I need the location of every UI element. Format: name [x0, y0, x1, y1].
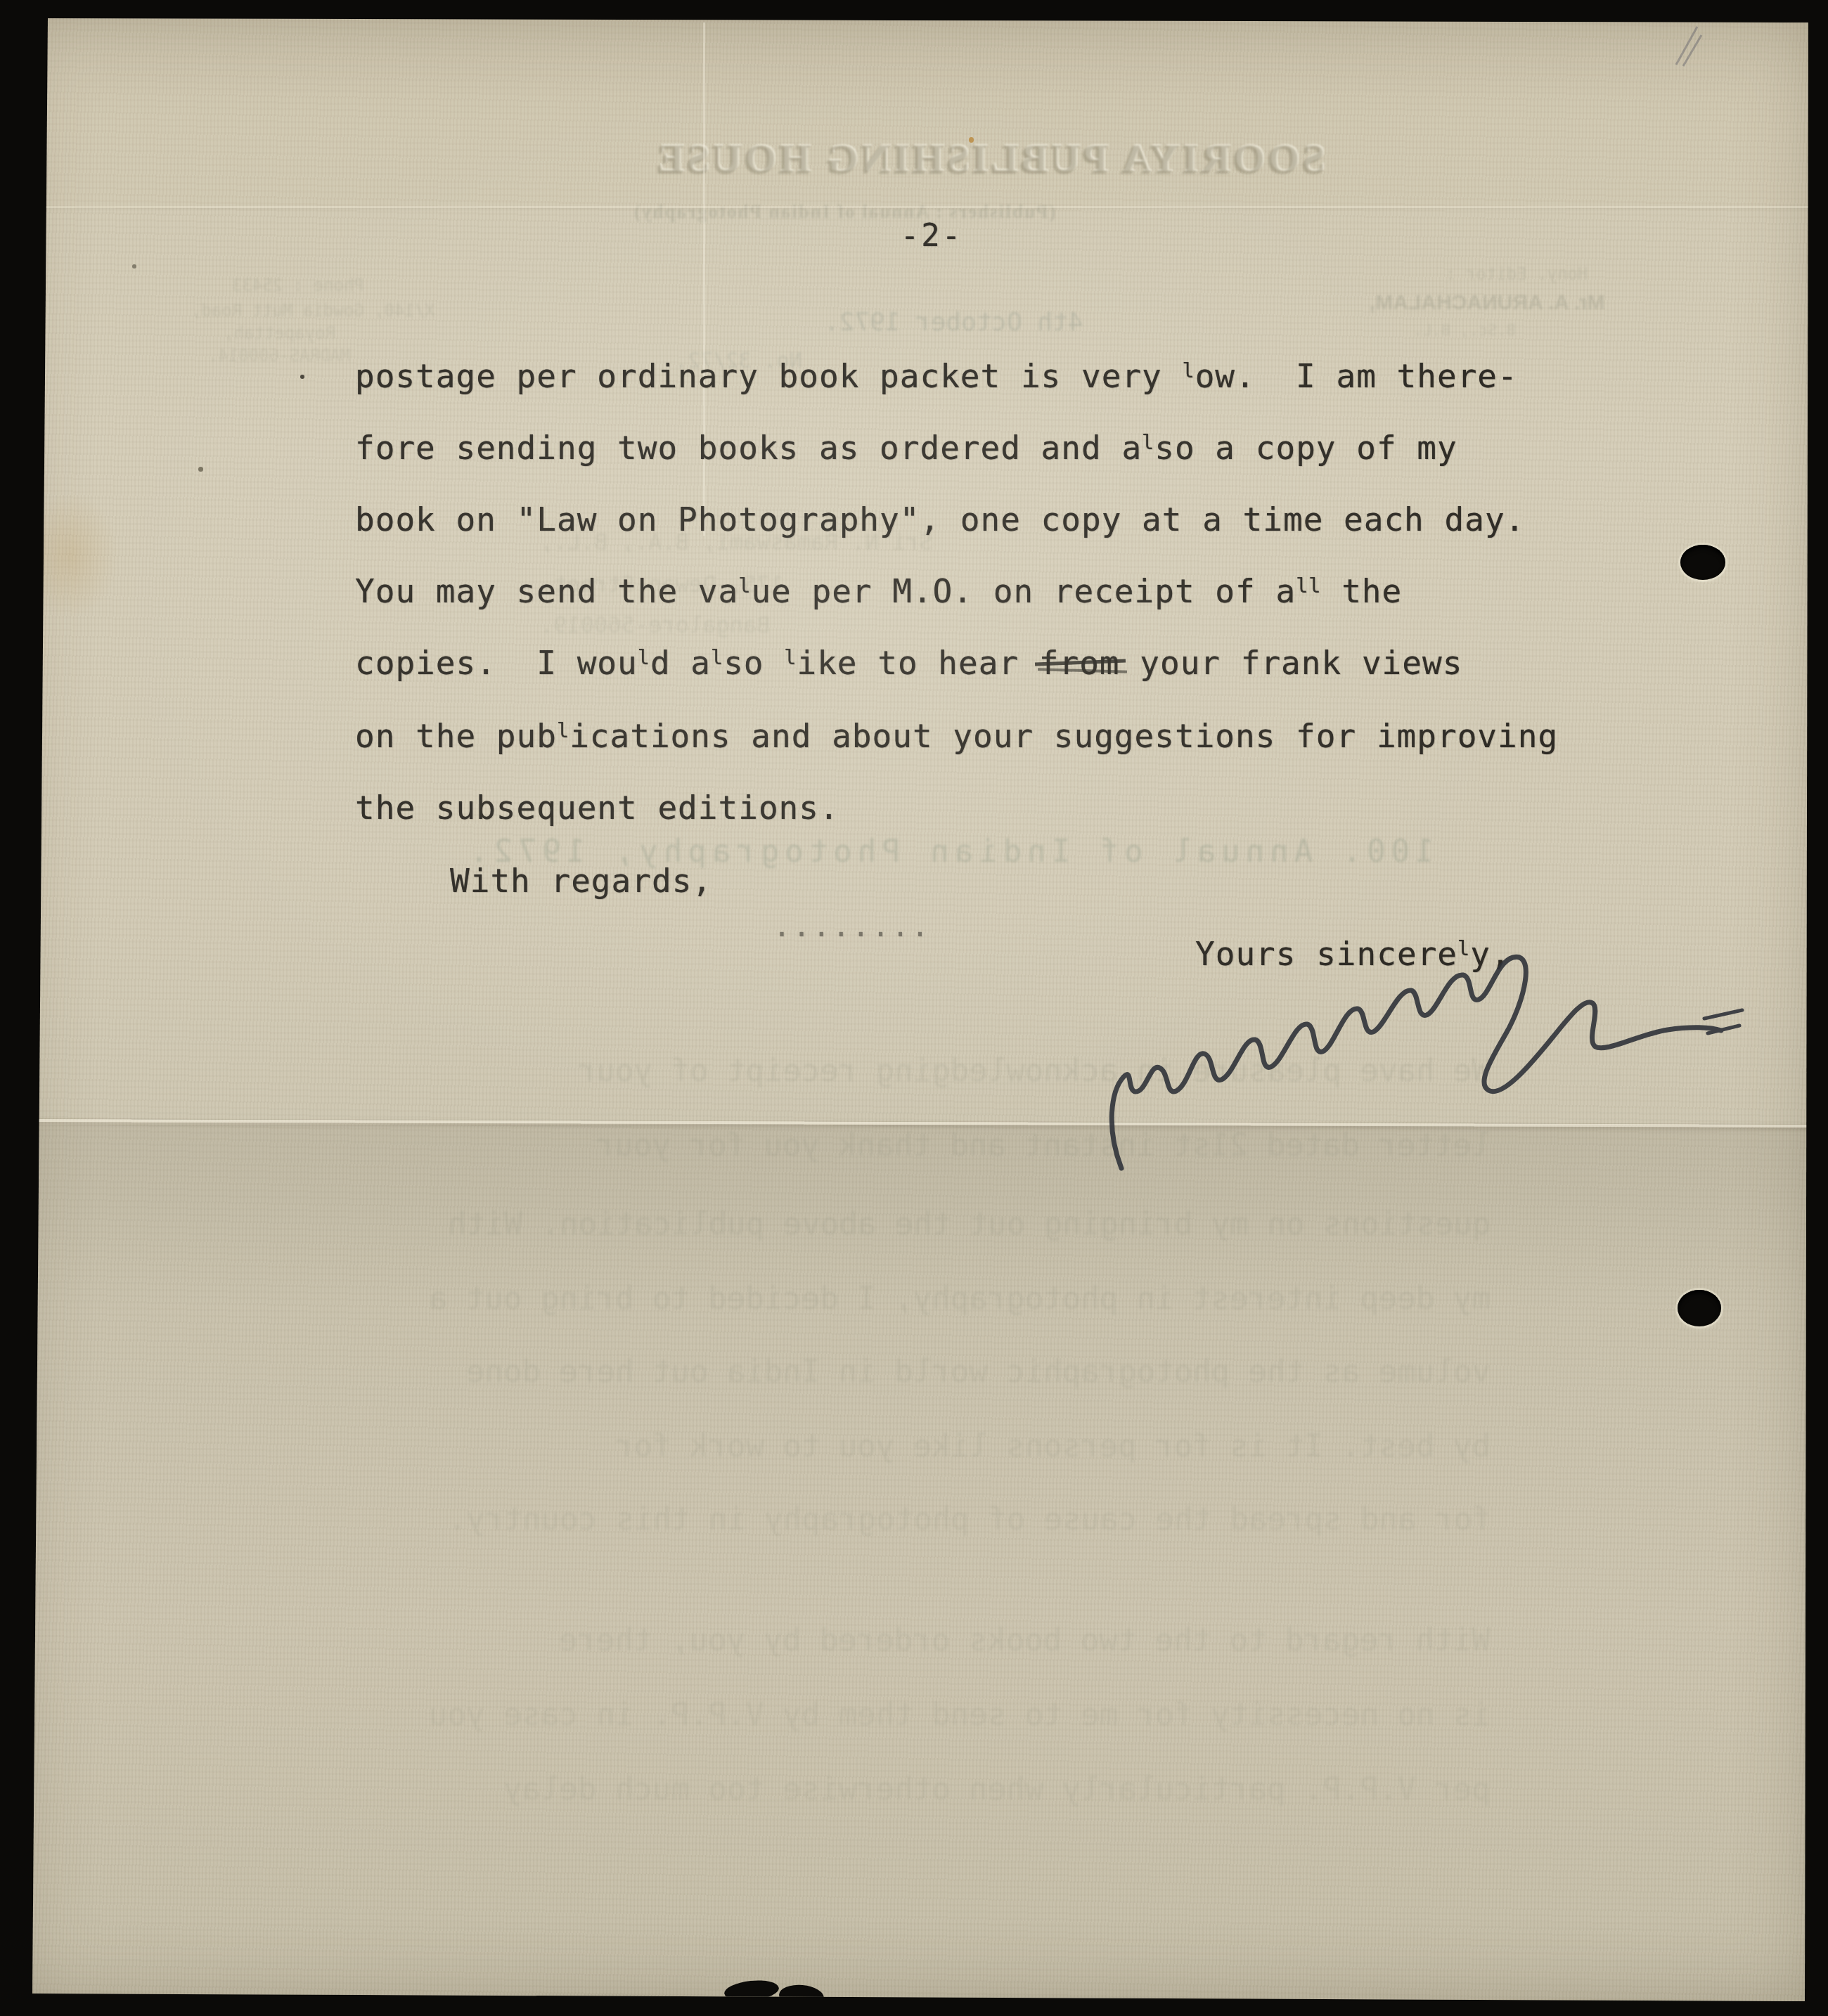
bleed-editor-label: Hony. Editor :	[1446, 264, 1588, 284]
bleed-letterhead-title: SOORIYA PUBLISHING HOUSE	[654, 135, 1325, 182]
letter-line-1: postage per ordinary book packet is very…	[355, 357, 1518, 395]
bleed-locality: Royapettah,	[224, 323, 335, 343]
bleed-date: 4th October 1972.	[824, 308, 1083, 337]
bleed-address-line: Sri N. Ramaswami, B.A., B.L.,	[540, 529, 933, 555]
bleed-paragraph-line: We have pleasure in acknowledging receip…	[578, 1053, 1491, 1089]
strikethrough-word: from	[1039, 644, 1120, 682]
ink-speck	[132, 264, 136, 269]
paper-sheet: SOORIYA PUBLISHING HOUSE (Publishers : A…	[0, 0, 1828, 2016]
bleed-paragraph-line: letter dated 21st instant and thank you …	[596, 1127, 1491, 1163]
bleed-paragraph-line: questions on my bringing out the above p…	[448, 1206, 1491, 1242]
vertical-fold-crease	[703, 22, 705, 536]
bleed-paragraph-line: my deep interest in photography, I decid…	[429, 1281, 1491, 1317]
bleed-ack-line: 100. Annual of Indian Photography, 1972.	[464, 834, 1434, 870]
pen-mark-corner	[1673, 21, 1716, 70]
letter-line-4-text: You may send the value per M.O. on recei…	[355, 572, 1402, 610]
letter-line-7: the subsequent editions.	[355, 789, 839, 827]
bleed-paragraph-line: by best. It is for persons like you to w…	[615, 1428, 1491, 1464]
letter-line-5: copies. I would also like to hear from y…	[355, 644, 1462, 682]
bleed-ref-number: No. 32/72.	[675, 349, 802, 373]
bleed-paragraph-line: per V.P.P. particularly when otherwise t…	[503, 1771, 1491, 1807]
bleed-editor-name: Mr. A. ARUNACHALAM,	[1370, 291, 1604, 315]
bleed-paragraph-line: for and spread the cause of photography …	[448, 1501, 1491, 1537]
paper-stain	[21, 492, 120, 619]
bleed-paragraph-line: volume as the photographic world in Indi…	[466, 1354, 1491, 1390]
line-5-after-strike: your frank views	[1120, 644, 1463, 682]
typed-ellipsis: ........	[773, 911, 932, 943]
letter-line-3: book on "Law on Photography", one copy a…	[355, 500, 1525, 538]
fold-crease-top	[0, 206, 1828, 208]
signature	[1083, 914, 1772, 1209]
letter-line-4: You may send the value per M.O. on recei…	[355, 572, 1402, 610]
top-shade	[0, 0, 1828, 208]
bleed-address-line: 175, Dewan Street,	[540, 571, 784, 597]
scanned-letter-page: { "meta": { "kind": "typewritten letter,…	[0, 0, 1828, 2016]
bleed-paragraph-line: With regard to the two books ordered by …	[559, 1622, 1491, 1658]
closing-regards: With regards,	[450, 862, 712, 900]
letter-line-2: fore sending two books as ordered and al…	[355, 429, 1457, 467]
rust-speck	[969, 137, 974, 143]
bleed-address-line: Bangalore-560019.	[540, 612, 771, 638]
bleed-editor-degrees: B.Sc., B.L.	[1413, 322, 1516, 340]
punch-hole-top	[1680, 545, 1725, 580]
punch-hole-bottom	[1678, 1290, 1721, 1326]
page-number: -2-	[875, 218, 988, 254]
letter-line-6: on the publications and about your sugge…	[355, 717, 1558, 755]
bleed-street: X/140, Gowdia Mutt Road,	[191, 301, 435, 321]
bleed-letterhead-subtitle: (Publishers : Annual of Indian Photograp…	[633, 201, 1055, 223]
closing-valediction: Yours sincerely,	[1195, 935, 1511, 973]
bottom-edge-notch	[778, 1983, 825, 2009]
line-5-before-strike: copies. I would also like to hear	[355, 644, 1039, 682]
lower-shade	[0, 1125, 1828, 2016]
bleed-city: MADRAS-600014.	[208, 346, 350, 366]
ink-speck	[198, 467, 203, 472]
bleed-paragraph-line: is no necessity for me to send them by V…	[429, 1697, 1491, 1733]
bottom-edge-notch	[723, 1978, 780, 2003]
fold-crease-middle	[0, 1119, 1828, 1127]
bleed-phone: Phone : 25433	[232, 276, 364, 295]
ink-speck	[300, 375, 304, 379]
